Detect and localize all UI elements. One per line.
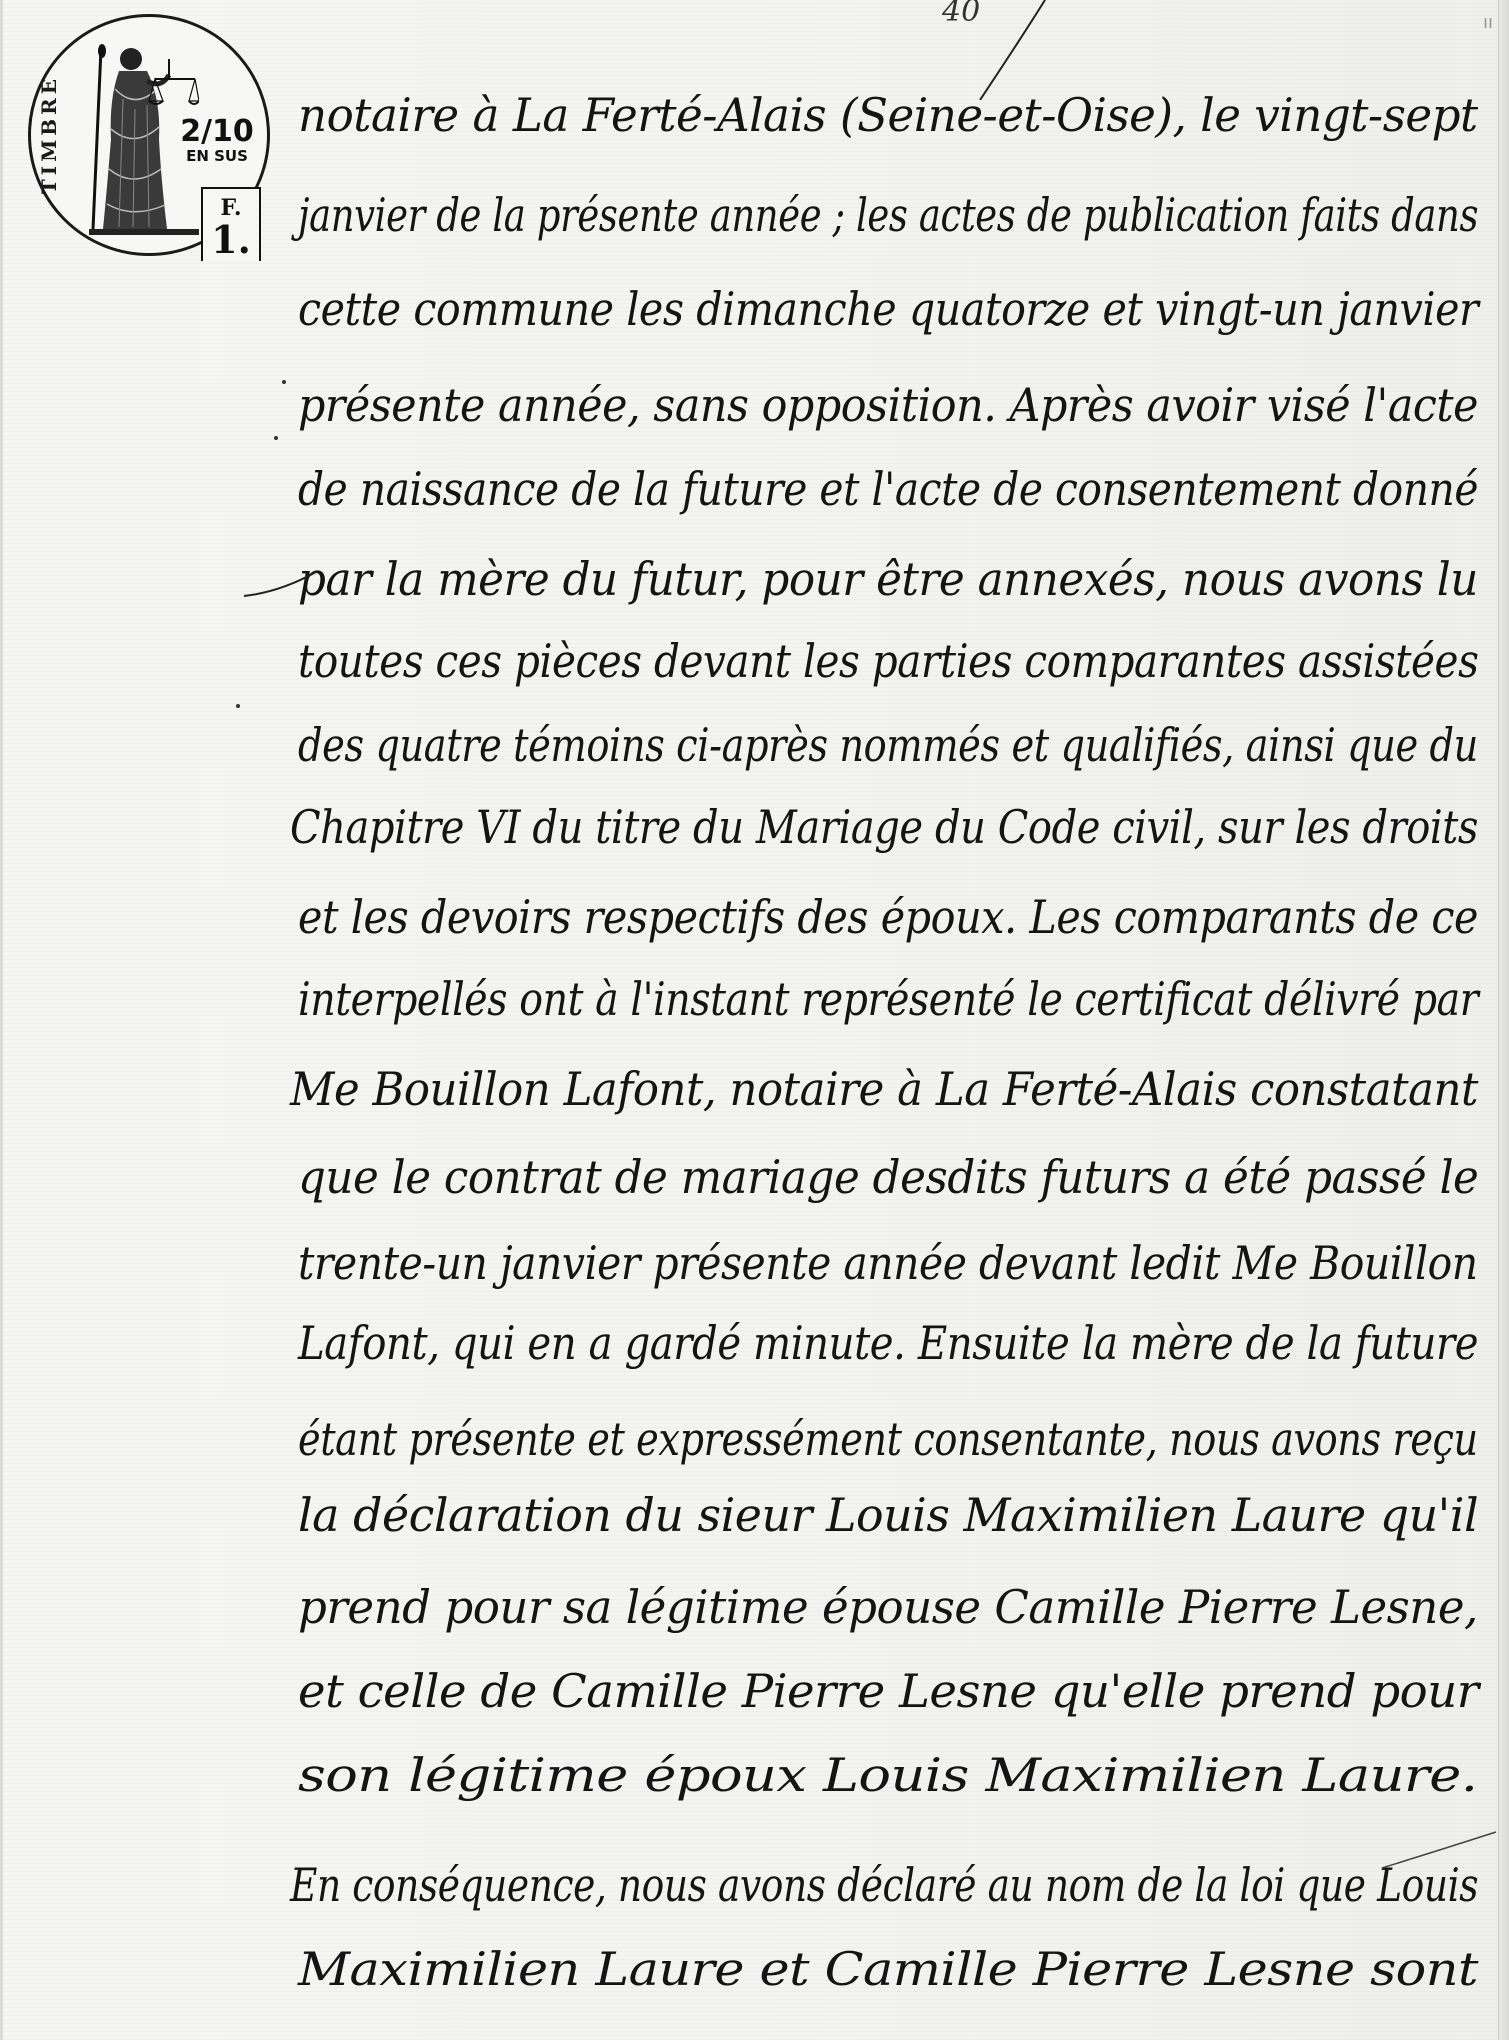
text-line: par la mère du futur, pour être annexés,… [298,552,1478,606]
text-line: des quatre témoins ci-après nommés et qu… [298,718,1478,772]
text-line: interpellés ont à l'instant représenté l… [298,972,1478,1026]
text-line: de naissance de la future et l'acte de c… [298,462,1478,516]
text-line: que le contrat de mariage desdits futurs… [298,1150,1478,1204]
text-line: son légitime époux Louis Maximilien Laur… [298,1748,1477,1802]
text-line: notaire à La Ferté-Alais (Seine-et-Oise)… [298,88,1478,142]
text-line: prend pour sa légitime épouse Camille Pi… [298,1580,1478,1634]
handwritten-body: notaire à La Ferté-Alais (Seine-et-Oise)… [0,0,1509,2040]
text-line: étant présente et expressément consentan… [298,1412,1478,1466]
text-line: En conséquence, nous avons déclaré au no… [290,1858,1478,1912]
text-line: toutes ces pièces devant les parties com… [298,634,1478,688]
text-line: présente année, sans opposition. Après a… [298,378,1478,432]
text-line: et celle de Camille Pierre Lesne qu'elle… [298,1664,1478,1718]
text-line: et les devoirs respectifs des époux. Les… [298,890,1478,944]
margin-dot [282,380,286,384]
margin-flourish [1380,1830,1500,1870]
margin-flourish [240,570,320,600]
margin-dot [274,436,278,440]
text-line: cette commune les dimanche quatorze et v… [298,282,1478,336]
text-line: Me Bouillon Lafont, notaire à La Ferté-A… [290,1062,1478,1116]
text-line: la déclaration du sieur Louis Maximilien… [298,1488,1478,1542]
margin-dot [236,704,240,708]
text-line: Lafont, qui en a gardé minute. Ensuite l… [298,1316,1478,1370]
register-page: 40 ıı TIMBRE 2/10 EN SU [0,0,1509,2040]
text-line: janvier de la présente année ; les actes… [298,188,1478,242]
text-line: Maximilien Laure et Camille Pierre Lesne… [298,1942,1478,1996]
text-line: trente-un janvier présente année devant … [298,1236,1478,1290]
text-line: Chapitre VI du titre du Mariage du Code … [290,800,1478,854]
